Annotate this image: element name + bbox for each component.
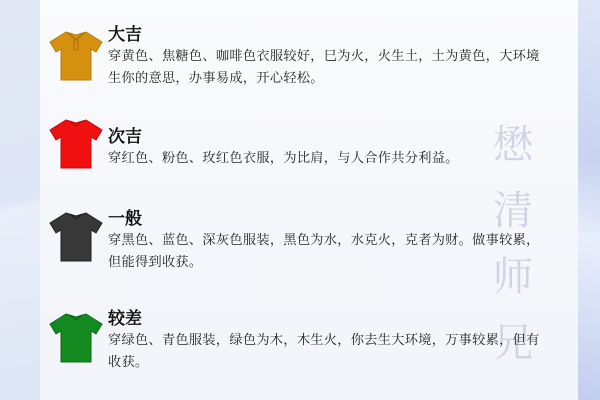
red-shirt-icon — [48, 118, 104, 170]
yellow-shirt-icon — [48, 30, 104, 82]
section-title: 较差 — [108, 304, 142, 329]
section-description: 穿红色、粉色、玫红色衣服，为比肩，与人合作共分利益。 — [108, 148, 548, 170]
section-description: 穿黑色、蓝色、深灰色服装，黑色为水，水克火，克者为财。做事较累，但能得到收获。 — [108, 230, 548, 274]
black-shirt-icon — [48, 211, 104, 263]
green-shirt-icon — [48, 312, 104, 364]
section-title: 次吉 — [108, 122, 142, 147]
section-description: 穿绿色、青色服装，绿色为木，木生火，你去生大环境，万事较累，但有收获。 — [108, 330, 548, 374]
content-card: 懋 清 师 兄 大吉 穿黄色、焦糖色、咖啡色衣服较好，巳为火，火生土，土为黄色，… — [40, 0, 578, 400]
section-description: 穿黄色、焦糖色、咖啡色衣服较好，巳为火，火生土，土为黄色，大环境生你的意思，办事… — [108, 46, 548, 90]
background-right — [578, 0, 600, 400]
background-left — [0, 0, 40, 400]
section-title: 一般 — [108, 204, 142, 229]
section-title: 大吉 — [108, 20, 142, 45]
